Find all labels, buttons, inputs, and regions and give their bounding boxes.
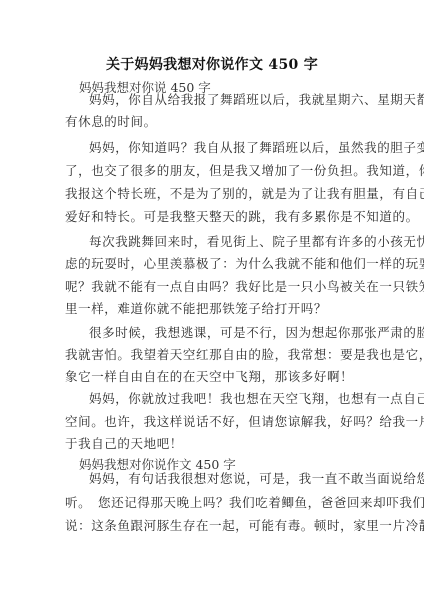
text-line: 妈妈，有句话我很想对您说，可是，我一直不敢当面说给您 bbox=[89, 469, 360, 487]
text-line: 空间。也许，我这样说话不好，但请您谅解我，好吗？给我一片属 bbox=[65, 412, 360, 430]
text-line: 了，也交了很多的朋友，但是我又增加了一份负担。我知道，你给 bbox=[65, 161, 360, 179]
text-line: 每次我跳舞回来时，看见街上、院子里都有许多的小孩无忧无 bbox=[89, 232, 360, 250]
document-title: 关于妈妈我想对你说作文 450 字 bbox=[0, 54, 424, 74]
text-line: 虑的玩耍时，心里羡慕极了：为什么我就不能和他们一样的玩耍 bbox=[65, 254, 360, 272]
text-line: 我报这个特长班，不是为了别的，就是为了让我有胆量，有自己的 bbox=[65, 184, 360, 202]
text-line: 很多时候，我想逃课，可是不行，因为想起你那张严肃的脸， bbox=[89, 323, 360, 341]
text-line: 妈妈，你知道吗？我自从报了舞蹈班以后，虽然我的胆子变大 bbox=[89, 138, 360, 156]
text-line: 听。 您还记得那天晚上吗？我们吃着鲫鱼，爸爸回来却吓我们 bbox=[65, 493, 360, 511]
text-line: 象它一样自由自在的在天空中飞翔，那该多好啊！ bbox=[65, 367, 360, 385]
text-line: 妈妈，你自从给我报了舞蹈班以后，我就星期六、星期天都没 bbox=[89, 90, 360, 108]
document-page: 关于妈妈我想对你说作文 450 字 妈妈我想对你说 450 字 妈妈，你自从给我… bbox=[0, 0, 424, 600]
text-line: 我就害怕。我望着天空红那自由的脸，我常想：要是我也是它，能 bbox=[65, 345, 360, 363]
text-line: 妈妈，你就放过我吧！我也想在天空飞翔，也想有一点自己的 bbox=[89, 389, 360, 407]
text-line: 呢？我就不能有一点自由吗？我好比是一只小鸟被关在一只铁笼子 bbox=[65, 277, 360, 295]
text-line: 于我自己的天地吧！ bbox=[65, 434, 360, 452]
text-line: 有休息的时间。 bbox=[65, 112, 360, 130]
text-line: 爱好和特长。可是我整天整天的跳，我有多累你是不知道的。 bbox=[65, 207, 360, 225]
text-line: 说：这条鱼跟河豚生存在一起，可能有毒。顿时，家里一片冷静。 bbox=[65, 516, 360, 534]
text-line: 里一样，难道你就不能把那铁笼子给打开吗？ bbox=[65, 299, 360, 317]
